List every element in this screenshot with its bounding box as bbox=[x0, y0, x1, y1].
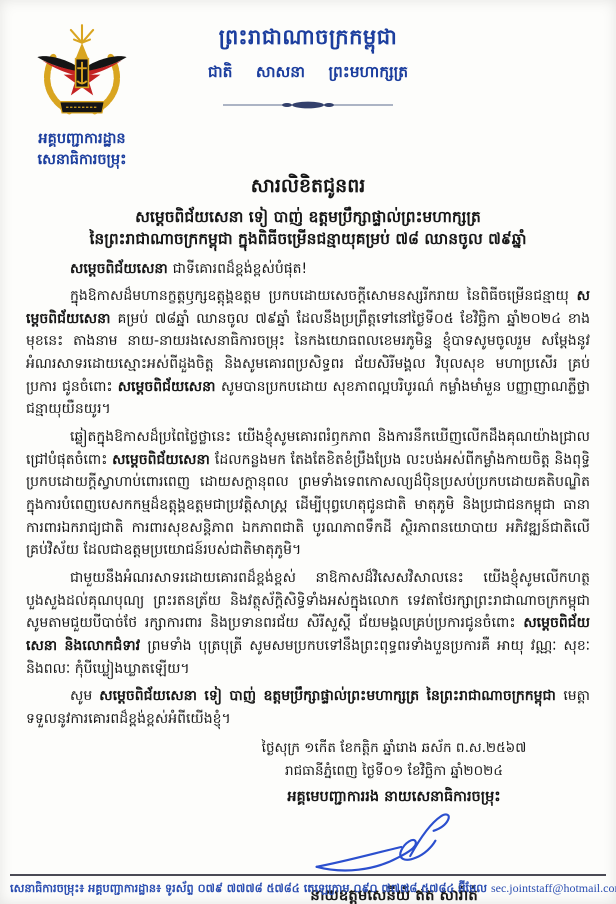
rcaf-joint-staff-emblem-icon bbox=[34, 22, 130, 124]
paragraph: ជាមួយនឹងអំណរសាទរដោយគោរពដ៏ខ្ពង់ខ្ពស់ នាឱក… bbox=[26, 567, 590, 680]
org-name-line2: សេនាធិការចម្រុះ bbox=[18, 151, 146, 170]
subtitle-line-2: នៃព្រះរាជាណាចក្រកម្ពុជា ក្នុងពិធីចម្រើនជ… bbox=[26, 228, 590, 250]
footer-email: sec.jointstaff@hotmail.com bbox=[491, 881, 616, 895]
org-name-line1: អគ្គបញ្ជាការដ្ឋាន bbox=[18, 130, 146, 149]
paragraph: ឆ្លៀតក្នុងឱកាសដ៏ប្រពៃថ្លៃថ្លានេះ យើងខ្ញុ… bbox=[26, 426, 590, 562]
signer-title: អគ្គមេបញ្ជាការរង នាយសេនាធិការចម្រុះ bbox=[218, 785, 570, 810]
header-divider-ornament-icon bbox=[223, 99, 393, 111]
scanned-letter-page: អគ្គបញ្ជាការដ្ឋាន សេនាធិការចម្រុះ ព្រះរា… bbox=[0, 0, 616, 904]
subtitle-line-1: សម្តេចពិជ័យសេនា ទៀ បាញ់ ឧត្តមប្រឹក្សាផ្ទ… bbox=[26, 206, 590, 228]
org-emblem-block: អគ្គបញ្ជាការដ្ឋាន សេនាធិការចម្រុះ bbox=[18, 22, 146, 170]
letterhead: អគ្គបញ្ជាការដ្ឋាន សេនាធិការចម្រុះ ព្រះរា… bbox=[0, 0, 616, 158]
date-line-1: ថ្ងៃសុក្រ ១កើត ខែកត្តិក ឆ្នាំរោង ឆស័ក ព.… bbox=[218, 737, 570, 760]
paragraph: សូម សម្តេចពិជ័យសេនា ទៀ បាញ់ ឧត្តមប្រឹក្ស… bbox=[26, 685, 590, 730]
document-subtitle: សម្តេចពិជ័យសេនា ទៀ បាញ់ ឧត្តមប្រឹក្សាផ្ទ… bbox=[26, 206, 590, 251]
letter-body: សារលិខិតជូនពរ សម្តេចពិជ័យសេនា ទៀ បាញ់ ឧត… bbox=[0, 174, 616, 904]
date-line-2: រាជធានីភ្នំពេញ ថ្ងៃទី០១ ខែវិច្ឆិកា ឆ្នាំ… bbox=[218, 760, 570, 783]
salutation: សម្តេចពិជ័យសេនា ជាទីគោរពដ៏ខ្ពង់ខ្ពស់បំផុ… bbox=[26, 259, 590, 280]
signature-area bbox=[218, 811, 570, 883]
document-title: សារលិខិតជូនពរ bbox=[26, 174, 590, 202]
signature-scribble-icon bbox=[299, 811, 489, 883]
paragraph: ក្នុងឱកាសដ៏មហានក្ខត្តឫក្សឧត្តុង្គឧត្តម ប… bbox=[26, 285, 590, 421]
footer-contact-khmer: សេនាធិការចម្រុះ៖ អគ្គបញ្ជាការដ្ឋាន៖ ទូរស… bbox=[10, 882, 487, 895]
footer-contact-bar: សេនាធិការចម្រុះ៖ អគ្គបញ្ជាការដ្ឋាន៖ ទូរស… bbox=[10, 874, 606, 898]
